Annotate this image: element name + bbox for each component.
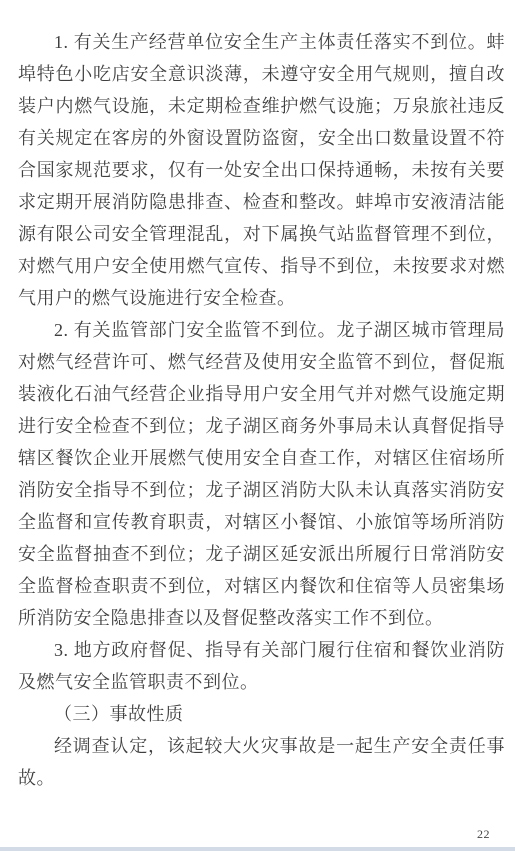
- page-number: 22: [477, 827, 490, 841]
- document-page: 1. 有关生产经营单位安全生产主体责任落实不到位。蚌埠特色小吃店安全意识淡薄，未…: [0, 0, 515, 853]
- paragraph-unit-responsibility: 1. 有关生产经营单位安全生产主体责任落实不到位。蚌埠特色小吃店安全意识淡薄，未…: [18, 26, 505, 314]
- paragraph-government-responsibility: 3. 地方政府督促、指导有关部门履行住宿和餐饮业消防及燃气安全监管职责不到位。: [18, 634, 505, 698]
- paragraph-accident-nature-conclusion: 经调查认定，该起较大火灾事故是一起生产安全责任事故。: [18, 730, 505, 794]
- document-content: 1. 有关生产经营单位安全生产主体责任落实不到位。蚌埠特色小吃店安全意识淡薄，未…: [18, 26, 505, 794]
- page-bottom-divider: [0, 847, 515, 851]
- paragraph-regulator-responsibility: 2. 有关监管部门安全监管不到位。龙子湖区城市管理局对燃气经营许可、燃气经营及使…: [18, 314, 505, 634]
- section-heading-accident-nature: （三）事故性质: [18, 698, 505, 730]
